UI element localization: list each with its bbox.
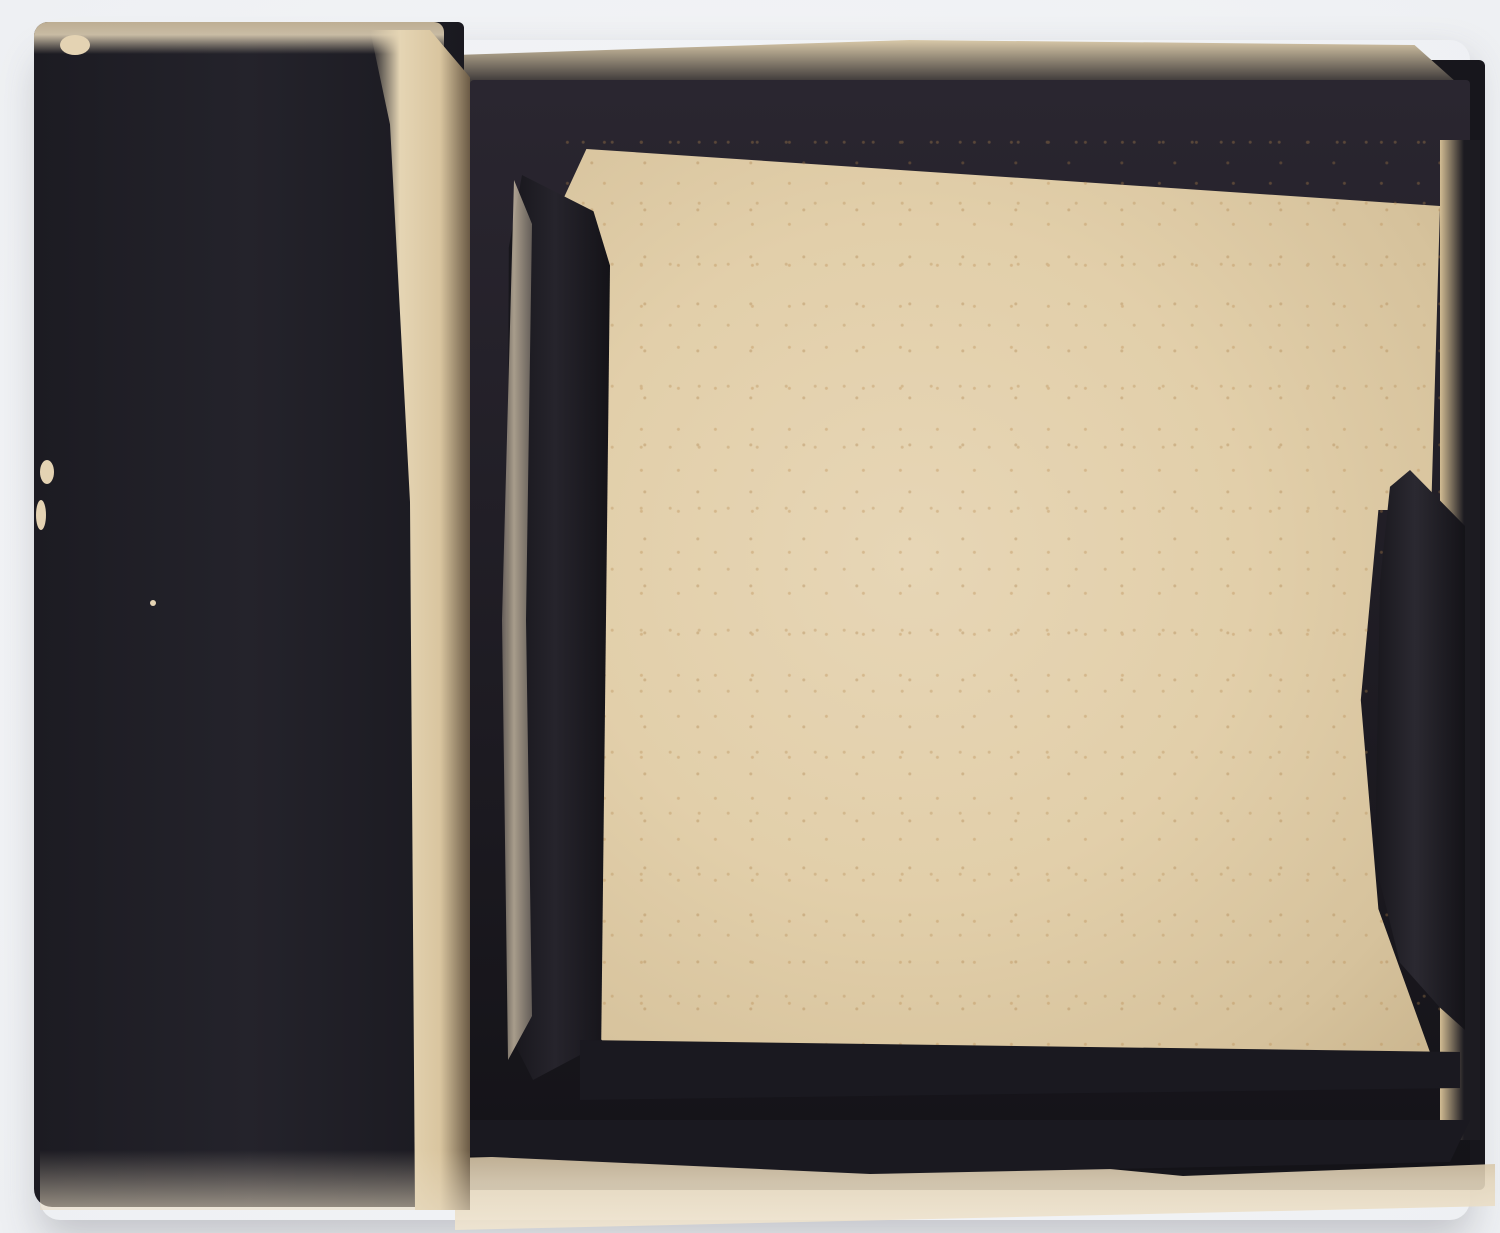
lid-bottom-wear — [40, 1150, 470, 1210]
lid-scuff — [60, 35, 90, 55]
lid-scuff — [40, 460, 54, 484]
paper-foxing-spots — [560, 130, 1440, 1080]
lid-scuff — [150, 600, 156, 606]
lid-scuff — [36, 500, 46, 530]
